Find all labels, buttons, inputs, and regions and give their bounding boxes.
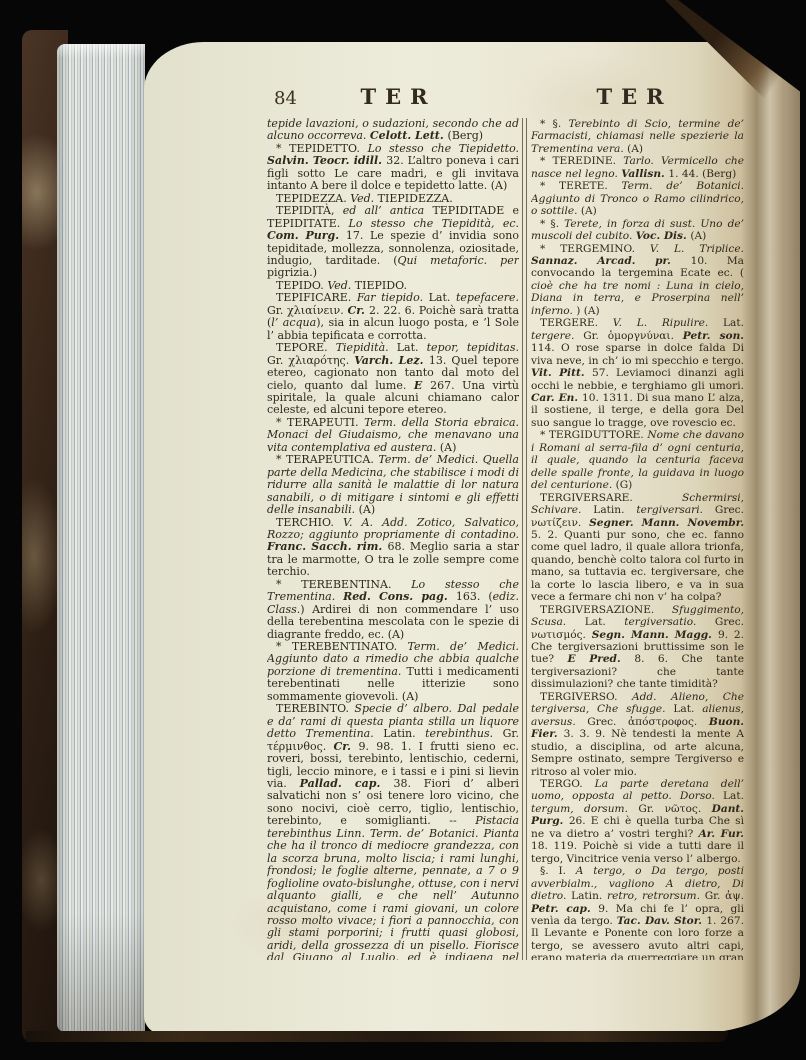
entry-text-segment: V. L. Triplice. <box>650 243 744 255</box>
entry-text-segment: TEPORE. <box>276 341 336 354</box>
entry-text-segment: Latin. <box>383 727 425 740</box>
entry-text-segment: * TERGIDUTTORE. <box>540 429 647 441</box>
dictionary-entry: * §. Terebinto di Scio, termine de’ Farm… <box>531 118 744 155</box>
entry-text-segment: Com. Purg. <box>267 229 346 242</box>
entry-text-segment: * TERAPEUTICA. <box>276 453 378 466</box>
entry-text-segment: Red. Cons. pag. <box>343 590 456 603</box>
entry-text-segment: TERGERE. <box>540 317 613 329</box>
entry-text-segment: Gr. νῶτος. <box>638 803 711 815</box>
entry-text-segment: cioè che ha tre nomi : Luna in cielo, Di… <box>531 280 744 317</box>
entry-text-segment: Cr. <box>334 740 359 753</box>
entry-text-segment: (A) <box>627 143 643 155</box>
entry-text-segment: 3. 3. 9. Nè tendesti la mente A studio, … <box>531 728 744 777</box>
entry-text-segment: Lat. <box>585 616 625 628</box>
entry-text-segment: Sannaz. Arcad. pr. <box>531 255 691 267</box>
entry-text-segment: V. L. Ripulire. <box>613 317 723 329</box>
entry-text-segment: tepefacere. <box>456 291 519 304</box>
entry-text-segment: Gr. ἀψ. <box>705 890 744 902</box>
entry-text-segment: TIEPIDO. <box>355 279 407 292</box>
dictionary-entry: TERGIVERSAZIONE. Sfuggimento, Scusa. Lat… <box>531 604 744 691</box>
dictionary-entry: TERGIVERSO. Add. Alieno, Che tergiversa,… <box>531 691 744 778</box>
entry-text-segment: Ved. <box>327 279 354 292</box>
entry-text-segment: tepor, tepiditas. <box>427 341 519 354</box>
dictionary-entry: * TERAPEUTI. Term. della Storia ebraica.… <box>267 417 519 454</box>
entry-text-segment: TEPIDO. <box>276 279 327 292</box>
entry-text-segment: Lat. <box>429 291 456 304</box>
dictionary-entry: * TERAPEUTICA. Term. de’ Medici. Quella … <box>267 454 519 516</box>
dictionary-entry: TERGIVERSARE. Schermirsi, Schivare. Lati… <box>531 492 744 604</box>
entry-text-segment: TEPIDITÀ, <box>276 204 343 217</box>
entry-text-segment: * TEREDINE. <box>540 155 623 167</box>
dictionary-entry: TERGERE. V. L. Ripulire. Lat. tergere. G… <box>531 317 744 429</box>
entry-text-segment: ) Ardirei di non commendare l’ uso della… <box>267 603 519 641</box>
entry-text-segment: 18. 119. Poichè si vide a tutti dare il … <box>531 840 744 864</box>
entry-text-segment: (G) <box>616 479 633 491</box>
entry-text-segment: (A) <box>581 205 597 217</box>
running-head-left: TER <box>332 84 456 109</box>
dictionary-entry: * TEREBENTINA. Lo stesso che Trementina.… <box>267 579 519 641</box>
entry-text-segment: Ar. Fur. <box>699 828 744 840</box>
entry-text-segment: tergiversari. <box>636 504 715 516</box>
entry-text-segment: * TERAPEUTI. <box>276 416 364 429</box>
entry-text-segment: Car. En. <box>531 392 582 404</box>
entry-text-segment: TEPIDEZZA. <box>276 192 350 205</box>
entry-text-segment: Segn. Mann. Magg. <box>592 629 718 641</box>
entry-text-segment: TERCHIO. <box>276 516 343 529</box>
entry-text-segment: Petr. cap. <box>531 903 598 915</box>
dictionary-entry: tepide lavazioni, o sudazioni, secondo c… <box>267 118 519 143</box>
entry-text-segment: terebinthus. <box>425 727 503 740</box>
entry-text-segment: Celott. Lett. <box>370 129 448 142</box>
entry-text-segment: Cr. <box>348 304 370 317</box>
entry-text-segment: 1. 44. (Berg) <box>668 168 736 180</box>
entry-text-segment: * TEREBENTINA. <box>276 578 411 591</box>
entry-text-segment: retro, retrorsum. <box>607 890 705 902</box>
entry-text-segment: TERGIVERSAZIONE. <box>540 604 672 616</box>
entry-text-segment: Grec. ἀπόστροφος. <box>587 716 709 728</box>
text-column-right: * §. Terebinto di Scio, termine de’ Farm… <box>531 118 744 960</box>
entry-text-segment: Salvin. Teocr. idill. <box>267 154 386 167</box>
entry-text-segment: Pistacia terebinthus Linn. Term. de’ Bot… <box>267 814 519 960</box>
entry-text-segment: * §. <box>540 218 564 230</box>
dictionary-entry: TEPIDITÀ, ed all’ antica TEPIDITADE e TE… <box>267 205 519 280</box>
entry-text-segment: Vit. Pitt. <box>531 367 592 379</box>
entry-text-segment: tergum, dorsum. <box>531 803 638 815</box>
dictionary-entry: §. I. A tergo, o Da tergo, posti avverbi… <box>531 865 744 960</box>
column-divider-rule <box>522 118 527 960</box>
entry-text-segment: Lat. <box>723 317 744 329</box>
entry-text-segment: * §. <box>540 118 568 130</box>
entry-text-segment: Ved. <box>350 192 377 205</box>
entry-text-segment: * TERETE. <box>540 180 621 192</box>
entry-text-segment: Latin. <box>571 890 607 902</box>
dictionary-entry: * TEREDINE. Tarlo. Vermicello che nasce … <box>531 155 744 180</box>
entry-text-segment: TIEPIDEZZA. <box>378 192 453 205</box>
dictionary-entry: TERCHIO. V. A. Add. Zotico, Salvatico, R… <box>267 517 519 579</box>
entry-text-segment: Lo stesso che Tiepidità, ec. <box>349 217 519 230</box>
entry-text-segment: Gr. χλιαρότης. <box>267 354 354 367</box>
text-column-left: tepide lavazioni, o sudazioni, secondo c… <box>267 118 519 960</box>
entry-text-segment: pigrizia.) <box>267 266 317 279</box>
dictionary-entry: * TEREBENTINATO. Term. de’ Medici. Aggiu… <box>267 641 519 703</box>
entry-text-segment: Varch. Lez. <box>354 354 429 367</box>
entry-text-segment: Qui metaforic. per <box>398 254 519 267</box>
entry-text-segment: Pallad. cap. <box>300 777 394 790</box>
entry-text-segment: Petr. son. <box>683 330 744 342</box>
dictionary-entry: TEREBINTO. Specie d’ albero. Dal pedale … <box>267 703 519 960</box>
dictionary-entry: * TERETE. Term. de’ Botanici. Aggiunto d… <box>531 180 744 217</box>
entry-text-segment: TEREBINTO. <box>276 702 354 715</box>
entry-text-segment: tergiversatio. <box>624 616 715 628</box>
entry-text-segment: (A) <box>440 441 457 454</box>
entry-text-segment: Tac. Dav. Stor. <box>617 915 707 927</box>
dictionary-entry: * §. Terete, in forza di sust. Uno de’ m… <box>531 218 744 243</box>
entry-text-segment: Lat. <box>723 790 744 802</box>
entry-text-segment: Franc. Sacch. rim. <box>267 540 387 553</box>
dictionary-entry: * TERGEMINO. V. L. Triplice. Sannaz. Arc… <box>531 243 744 318</box>
entry-text-segment: Lo stesso che Tiepidetto. <box>368 142 519 155</box>
entry-text-segment: 5. 2. Quanti pur sono, che ec. fanno com… <box>531 529 744 603</box>
entry-text-segment: (A) <box>690 230 706 242</box>
dictionary-entry: * TERGIDUTTORE. Nome che davano i Romani… <box>531 429 744 491</box>
page-number: 84 <box>274 88 297 109</box>
entry-text-segment: TERGIVERSARE. <box>540 492 682 504</box>
running-head-right: TER <box>568 84 692 109</box>
entry-text-segment: Gr. χλιαίνειν. <box>267 304 348 317</box>
book-bottom-board-edge <box>26 1031 728 1042</box>
page-fore-edge-stack <box>57 44 145 1032</box>
entry-text-segment: E Pred. <box>567 653 634 665</box>
entry-text-segment: Tiepidità. <box>336 341 397 354</box>
entry-text-segment: Segner. Mann. Novembr. <box>589 517 744 529</box>
entry-text-segment: (Berg) <box>448 129 483 142</box>
entry-text-segment: Lat. <box>673 703 702 715</box>
entry-text-segment: E <box>414 379 430 392</box>
dictionary-entry: * TEPIDETTO. Lo stesso che Tiepidetto. S… <box>267 143 519 193</box>
entry-text-segment: TERGIVERSO. <box>540 691 632 703</box>
entry-text-segment: Gr. ὁμοργνύναι. <box>583 330 683 342</box>
entry-text-segment: * TERGEMINO. <box>540 243 650 255</box>
entry-text-segment: (A) <box>359 503 376 516</box>
entry-text-segment: * TEPIDETTO. <box>276 142 368 155</box>
entry-text-segment: 114. O rose sparse in dolce falda Di viv… <box>531 342 744 366</box>
entry-text-segment: Latin. <box>593 504 636 516</box>
dictionary-entry: TEPIFICARE. Far tiepido. Lat. tepefacere… <box>267 292 519 342</box>
entry-text-segment: TEPIFICARE. <box>276 291 357 304</box>
book-photo: 84 TER TER tepide lavazioni, o sudazioni… <box>0 0 806 1060</box>
entry-text-segment: l’ acqua <box>271 316 316 329</box>
entry-text-segment: tergere. <box>531 330 583 342</box>
entry-text-segment: §. I. <box>540 865 576 877</box>
entry-text-segment: Vallisn. <box>621 168 668 180</box>
dictionary-entry: TERGO. La parte deretana dell’ uomo, opp… <box>531 778 744 865</box>
entry-text-segment: 163. ( <box>456 590 493 603</box>
dictionary-entry: TEPORE. Tiepidità. Lat. tepor, tepiditas… <box>267 342 519 417</box>
entry-text-segment: ed all’ antica <box>343 204 433 217</box>
entry-text-segment: TERGO. <box>540 778 595 790</box>
entry-text-segment: Lat. <box>397 341 427 354</box>
entry-text-segment: ) (A) <box>576 305 599 317</box>
entry-text-segment: Voc. Dis. <box>636 230 691 242</box>
entry-text-segment: Far tiepido. <box>357 291 429 304</box>
entry-text-segment: * TEREBENTINATO. <box>276 640 408 653</box>
